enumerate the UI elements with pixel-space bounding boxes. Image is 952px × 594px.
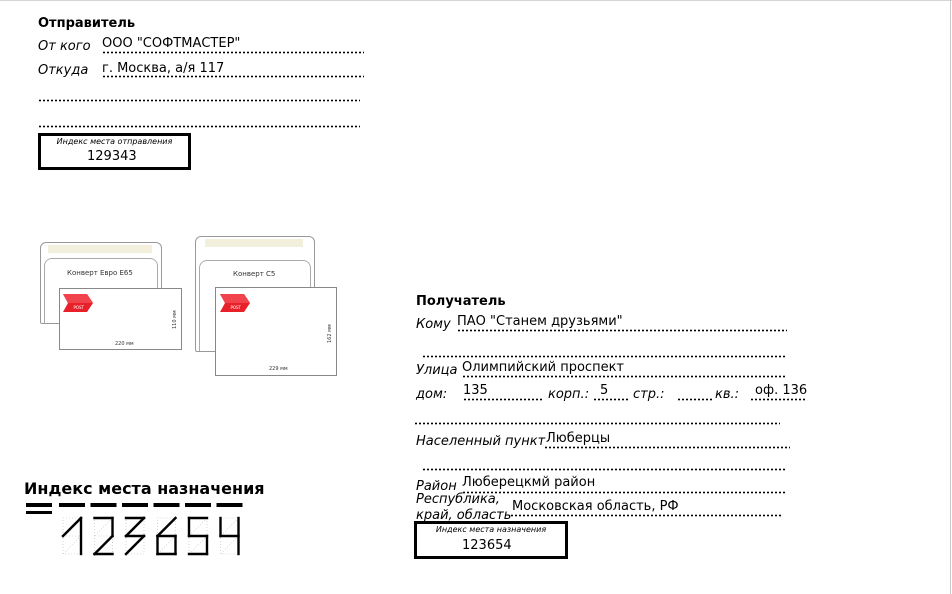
recipient-house-field[interactable]: 135	[463, 383, 488, 398]
recipient-extra-dotted-line	[414, 422, 780, 425]
sender-index-value[interactable]: 129343	[87, 149, 137, 164]
post-logo-icon: POST	[63, 292, 93, 314]
top-border	[0, 0, 952, 1]
recipient-region-field[interactable]: Московская область, РФ	[512, 499, 679, 514]
recipient-to-field[interactable]: ПАО "Станем друзьями"	[457, 314, 623, 329]
recipient-city-field[interactable]: Люберцы	[546, 431, 610, 446]
recipient-structure-dotted-line	[677, 398, 713, 401]
recipient-apartment-field[interactable]: оф. 136	[755, 383, 807, 398]
recipient-house-dotted-line	[463, 398, 543, 401]
post-logo-icon: POST	[220, 292, 250, 314]
recipient-street-label: Улица	[416, 363, 458, 378]
recipient-street-field[interactable]: Олимпийский проспект	[462, 360, 624, 375]
sender-from-label: От кого	[38, 39, 91, 54]
recipient-index-box[interactable]: Индекс места назначения 123654	[414, 521, 568, 559]
envelope-height-label: 162 мм	[327, 324, 333, 343]
recipient-city-dotted-line-2	[422, 468, 786, 471]
envelope-width-label: 220 мм	[115, 341, 134, 347]
recipient-house-label: дом:	[416, 387, 447, 402]
sender-address-field[interactable]: г. Москва, а/я 117	[102, 61, 224, 76]
sender-extra-dotted-line-1	[38, 99, 360, 102]
sender-from-field[interactable]: ООО "СОФТМАСТЕР"	[102, 36, 240, 51]
postal-code-stencil	[24, 500, 264, 560]
recipient-index-value[interactable]: 123654	[462, 538, 512, 553]
recipient-apartment-dotted-line	[750, 398, 806, 401]
envelope-title: Конверт C5	[233, 270, 275, 278]
svg-text:POST: POST	[230, 305, 241, 310]
recipient-index-caption: Индекс места назначения	[417, 525, 565, 534]
recipient-to-dotted-line-2	[422, 355, 787, 358]
recipient-building-field[interactable]: 5	[600, 383, 608, 398]
recipient-region-dotted-line	[510, 514, 782, 517]
envelope-front: POST 220 мм 110 мм	[59, 288, 182, 350]
recipient-apartment-label: кв.:	[715, 387, 739, 402]
sender-extra-dotted-line-2	[38, 125, 360, 128]
recipient-city-dotted-line	[544, 446, 790, 449]
sender-index-box[interactable]: Индекс места отправления 129343	[38, 133, 191, 170]
sender-heading: Отправитель	[38, 16, 135, 31]
recipient-structure-label: стр.:	[633, 387, 664, 402]
envelope-front: POST 229 мм 162 мм	[215, 287, 337, 376]
recipient-district-field[interactable]: Люберецкмй район	[462, 475, 595, 490]
recipient-heading: Получатель	[416, 294, 506, 309]
recipient-city-label: Населенный пункт	[416, 434, 545, 449]
recipient-building-label: корп.:	[548, 387, 589, 402]
postal-code-heading: Индекс места назначения	[24, 479, 265, 498]
envelope-height-label: 110 мм	[172, 310, 178, 329]
recipient-to-label: Кому	[416, 317, 451, 332]
envelope-flap	[205, 239, 303, 247]
recipient-region-label-1: Республика,	[416, 492, 500, 507]
envelope-title: Конверт Евро E65	[67, 269, 133, 277]
recipient-to-dotted-line	[457, 329, 787, 332]
recipient-street-dotted-line	[462, 375, 787, 378]
envelope-euro-e65: Конверт Евро E65 POST 220 мм 110 мм	[40, 238, 182, 350]
envelope-width-label: 229 мм	[269, 366, 288, 372]
svg-text:POST: POST	[73, 305, 84, 310]
sender-address-label: Откуда	[38, 63, 88, 78]
sender-address-dotted-line	[102, 75, 364, 78]
sender-from-dotted-line	[102, 51, 364, 54]
envelope-c5: Конверт C5 POST 229 мм 162 мм	[195, 234, 345, 376]
sender-index-caption: Индекс места отправления	[41, 137, 188, 146]
recipient-district-dotted-line	[462, 491, 787, 494]
envelope-flap	[48, 245, 152, 253]
recipient-building-dotted-line	[593, 398, 629, 401]
right-border	[950, 0, 951, 594]
